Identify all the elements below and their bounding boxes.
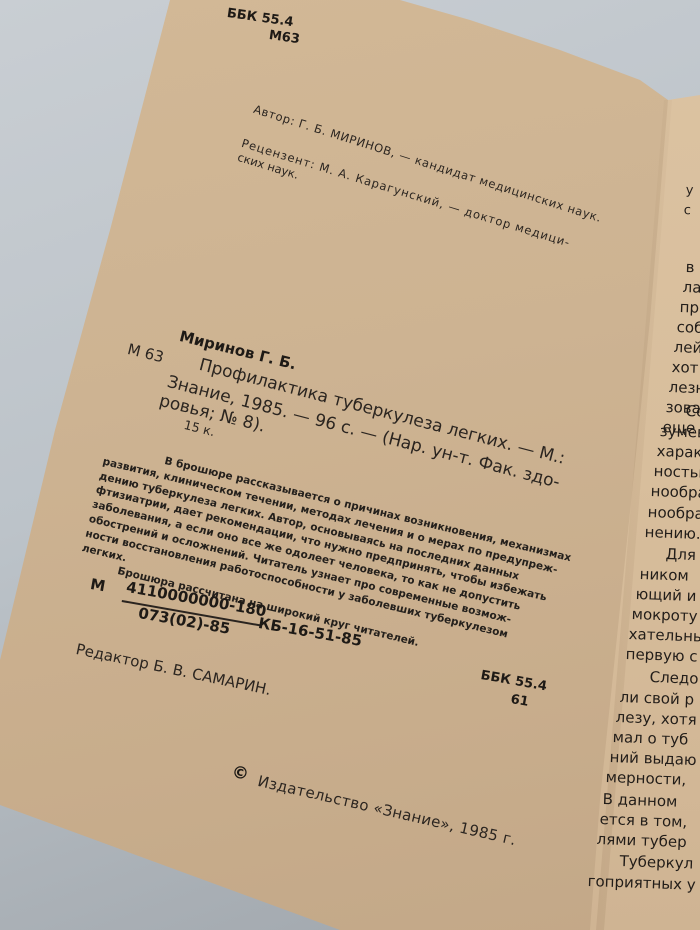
right-page-line: ли свой р — [619, 688, 694, 709]
right-page-line: соб — [676, 318, 700, 337]
right-page-line: первую с — [625, 645, 698, 665]
right-page-line: Для — [665, 545, 696, 564]
right-page-line: мокроту — [631, 605, 697, 625]
right-page-line: нению. — [644, 523, 700, 543]
right-page-line: ющий и — [635, 585, 696, 605]
index-letter: М — [89, 575, 107, 595]
right-page-line: лей — [673, 338, 700, 357]
right-page-line: мал о туб — [612, 728, 688, 749]
right-page-line: Туберкул — [619, 852, 693, 873]
right-page-line: Следо — [649, 668, 698, 688]
right-page-line: ностьн — [653, 462, 700, 482]
right-page-line: нообра — [647, 503, 700, 523]
right-page-line: зумев — [659, 422, 700, 442]
right-page-line: Со — [685, 402, 700, 421]
right-page-line: лезу, хотя — [615, 708, 697, 729]
right-page-line: хот — [671, 358, 698, 377]
right-page-line: с — [683, 203, 691, 218]
bbk-bottom-number: 61 — [509, 692, 529, 710]
right-page-line: ний выдаю — [609, 748, 697, 769]
right-page-line: ником — [639, 565, 689, 585]
right-page-line: нообра — [650, 482, 700, 502]
right-page-line: гоприятных у — [587, 872, 696, 894]
right-page-line: у — [685, 183, 693, 198]
right-page-line: хательны — [628, 625, 700, 646]
right-page-line: В данном — [602, 790, 677, 811]
right-page-line: лезн — [668, 378, 700, 397]
right-page-line: ется в том, — [599, 810, 687, 831]
right-page-line: харак — [656, 442, 700, 462]
right-page-line: пр — [679, 298, 699, 317]
right-page-line: лями тубер — [596, 830, 687, 851]
right-page-line: мерности, — [605, 768, 686, 789]
photo-scene: ББК 55.4 М63 Автор: Г. Б. МИРИНОВ, — кан… — [0, 0, 700, 930]
right-page-line: ла — [682, 278, 700, 297]
right-page-line: в — [685, 258, 694, 276]
